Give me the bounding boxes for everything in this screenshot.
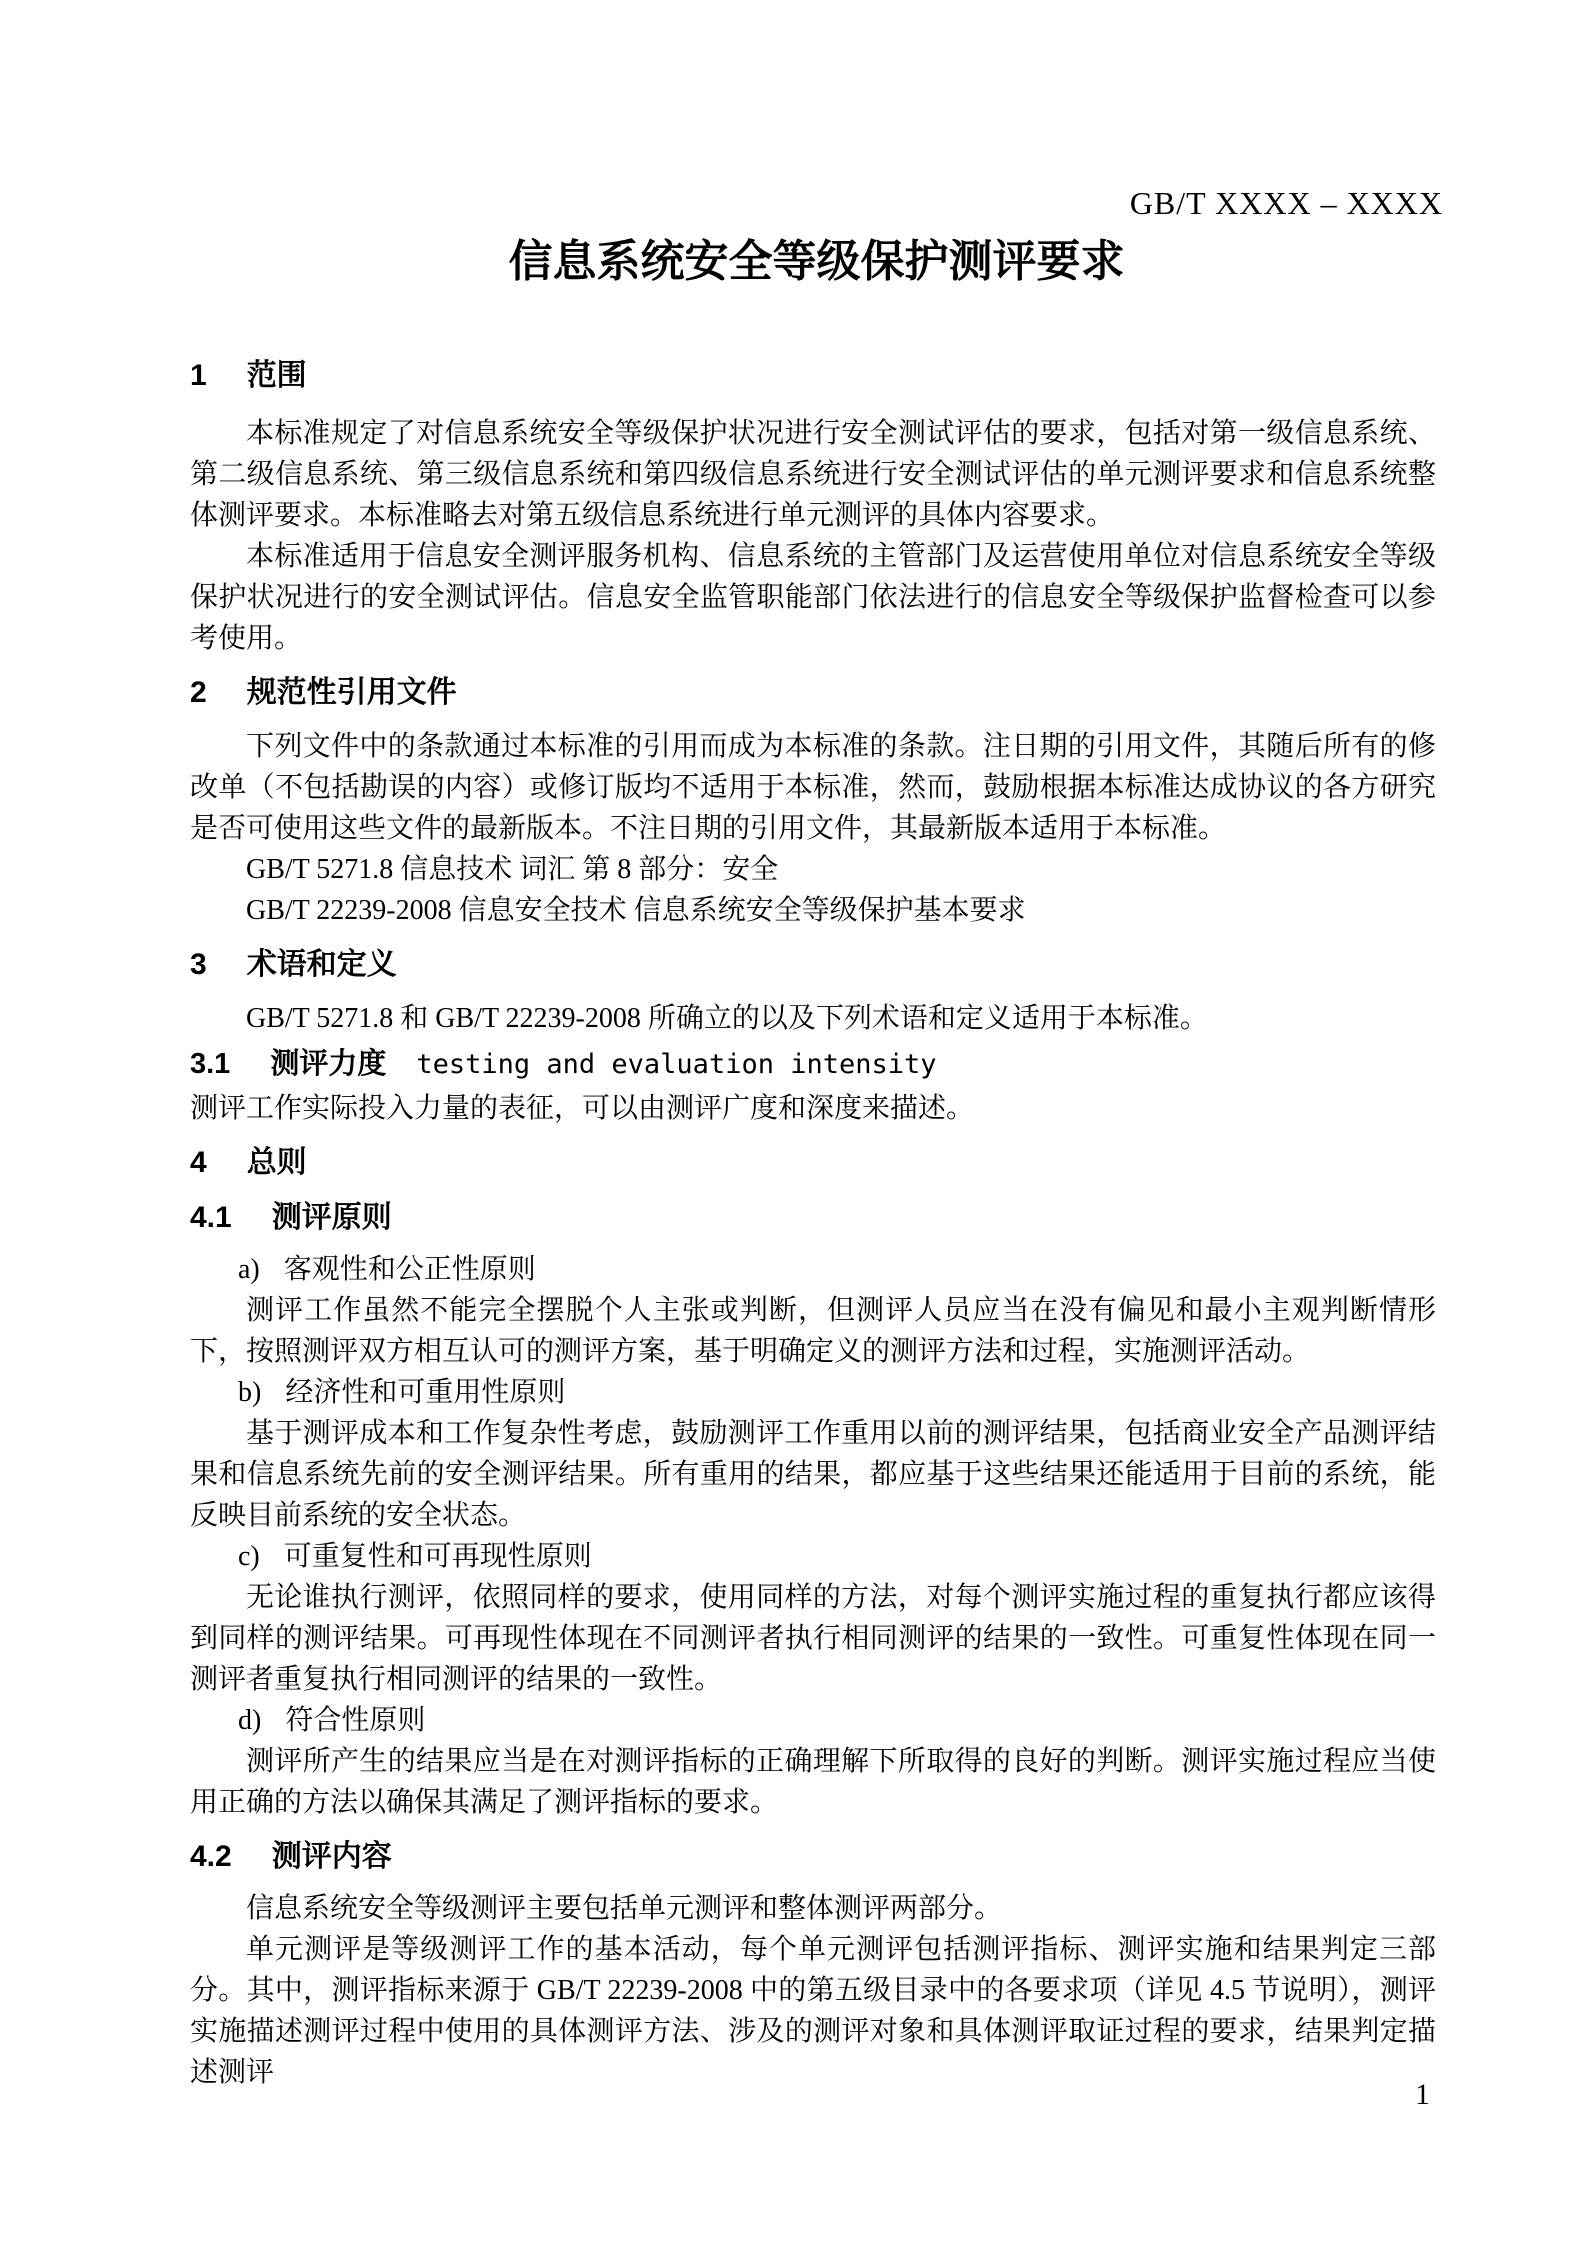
page-number: 1 [1415, 2078, 1430, 2112]
section-4-2-number: 4.2 [190, 1840, 232, 1873]
section-2-number: 2 [190, 676, 207, 709]
principle-b-paragraph: 基于测评成本和工作复杂性考虑，鼓励测评工作重用以前的测评结果，包括商业安全产品测… [190, 1413, 1436, 1536]
document-title: 信息系统安全等级保护测评要求 [190, 236, 1443, 289]
normative-reference-2: GB/T 22239-2008 信息安全技术 信息系统安全等级保护基本要求 [190, 890, 1436, 931]
principle-item-a: a)客观性和公正性原则 [190, 1249, 1436, 1290]
term-chinese: 测评力度 [270, 1048, 386, 1080]
principle-a-paragraph: 测评工作虽然不能完全摆脱个人主张或判断，但测评人员应当在没有偏见和最小主观判断情… [190, 1290, 1436, 1372]
section-3-heading: 3术语和定义 [190, 943, 1436, 986]
normative-reference-1: GB/T 5271.8 信息技术 词汇 第 8 部分：安全 [190, 849, 1436, 890]
section-4-2-heading: 4.2测评内容 [190, 1835, 1436, 1878]
section-4-title: 总则 [247, 1146, 307, 1179]
principle-d-paragraph: 测评所产生的结果应当是在对测评指标的正确理解下所取得的良好的判断。测评实施过程应… [190, 1741, 1436, 1823]
section-1-paragraph-1: 本标准规定了对信息系统安全等级保护状况进行安全测试评估的要求，包括对第一级信息系… [190, 413, 1436, 536]
section-2-title: 规范性引用文件 [247, 676, 457, 709]
principle-item-d: d)符合性原则 [190, 1700, 1436, 1741]
item-c-label: c) [238, 1541, 260, 1572]
section-3-paragraph-1: GB/T 5271.8 和 GB/T 22239-2008 所确立的以及下列术语… [190, 998, 1436, 1039]
section-4-heading: 4总则 [190, 1141, 1436, 1184]
item-a-text: 客观性和公正性原则 [284, 1254, 536, 1285]
principle-item-b: b)经济性和可重用性原则 [190, 1372, 1436, 1413]
document-page: GB/T XXXX – XXXX 信息系统安全等级保护测评要求 1范围 本标准规… [0, 0, 1587, 2245]
principle-item-c: c)可重复性和可再现性原则 [190, 1536, 1436, 1577]
section-4-number: 4 [190, 1146, 207, 1179]
section-3-1-definition: 测评工作实际投入力量的表征，可以由测评广度和深度来描述。 [190, 1088, 1436, 1129]
item-b-label: b) [238, 1377, 261, 1408]
item-d-text: 符合性原则 [285, 1705, 425, 1736]
item-a-label: a) [238, 1254, 260, 1285]
standard-code: GB/T XXXX – XXXX [190, 186, 1443, 221]
section-4-2-paragraph-1: 信息系统安全等级测评主要包括单元测评和整体测评两部分。 [190, 1888, 1436, 1929]
section-3-number: 3 [190, 948, 207, 981]
section-1-heading: 1范围 [190, 354, 1436, 397]
document-body: 1范围 本标准规定了对信息系统安全等级保护状况进行安全测试评估的要求，包括对第一… [190, 350, 1436, 2093]
section-4-1-title: 测评原则 [272, 1201, 392, 1234]
section-3-1-heading: 3.1测评力度testing and evaluation intensity [190, 1043, 1436, 1086]
section-4-1-number: 4.1 [190, 1201, 232, 1234]
item-d-label: d) [238, 1705, 261, 1736]
section-1-number: 1 [190, 359, 207, 392]
section-4-1-heading: 4.1测评原则 [190, 1196, 1436, 1239]
item-c-text: 可重复性和可再现性原则 [284, 1541, 592, 1572]
section-2-paragraph-1: 下列文件中的条款通过本标准的引用而成为本标准的条款。注日期的引用文件，其随后所有… [190, 726, 1436, 849]
item-b-text: 经济性和可重用性原则 [285, 1377, 565, 1408]
principle-c-paragraph: 无论谁执行测评，依照同样的要求，使用同样的方法，对每个测评实施过程的重复执行都应… [190, 1577, 1436, 1700]
section-4-2-paragraph-2: 单元测评是等级测评工作的基本活动，每个单元测评包括测评指标、测评实施和结果判定三… [190, 1929, 1436, 2093]
section-3-1-number: 3.1 [190, 1048, 230, 1080]
term-english: testing and evaluation intensity [416, 1049, 936, 1080]
section-1-paragraph-2: 本标准适用于信息安全测评服务机构、信息系统的主管部门及运营使用单位对信息系统安全… [190, 536, 1436, 659]
section-1-title: 范围 [247, 359, 307, 392]
section-3-title: 术语和定义 [247, 948, 397, 981]
section-4-2-title: 测评内容 [272, 1840, 392, 1873]
section-2-heading: 2规范性引用文件 [190, 671, 1436, 714]
